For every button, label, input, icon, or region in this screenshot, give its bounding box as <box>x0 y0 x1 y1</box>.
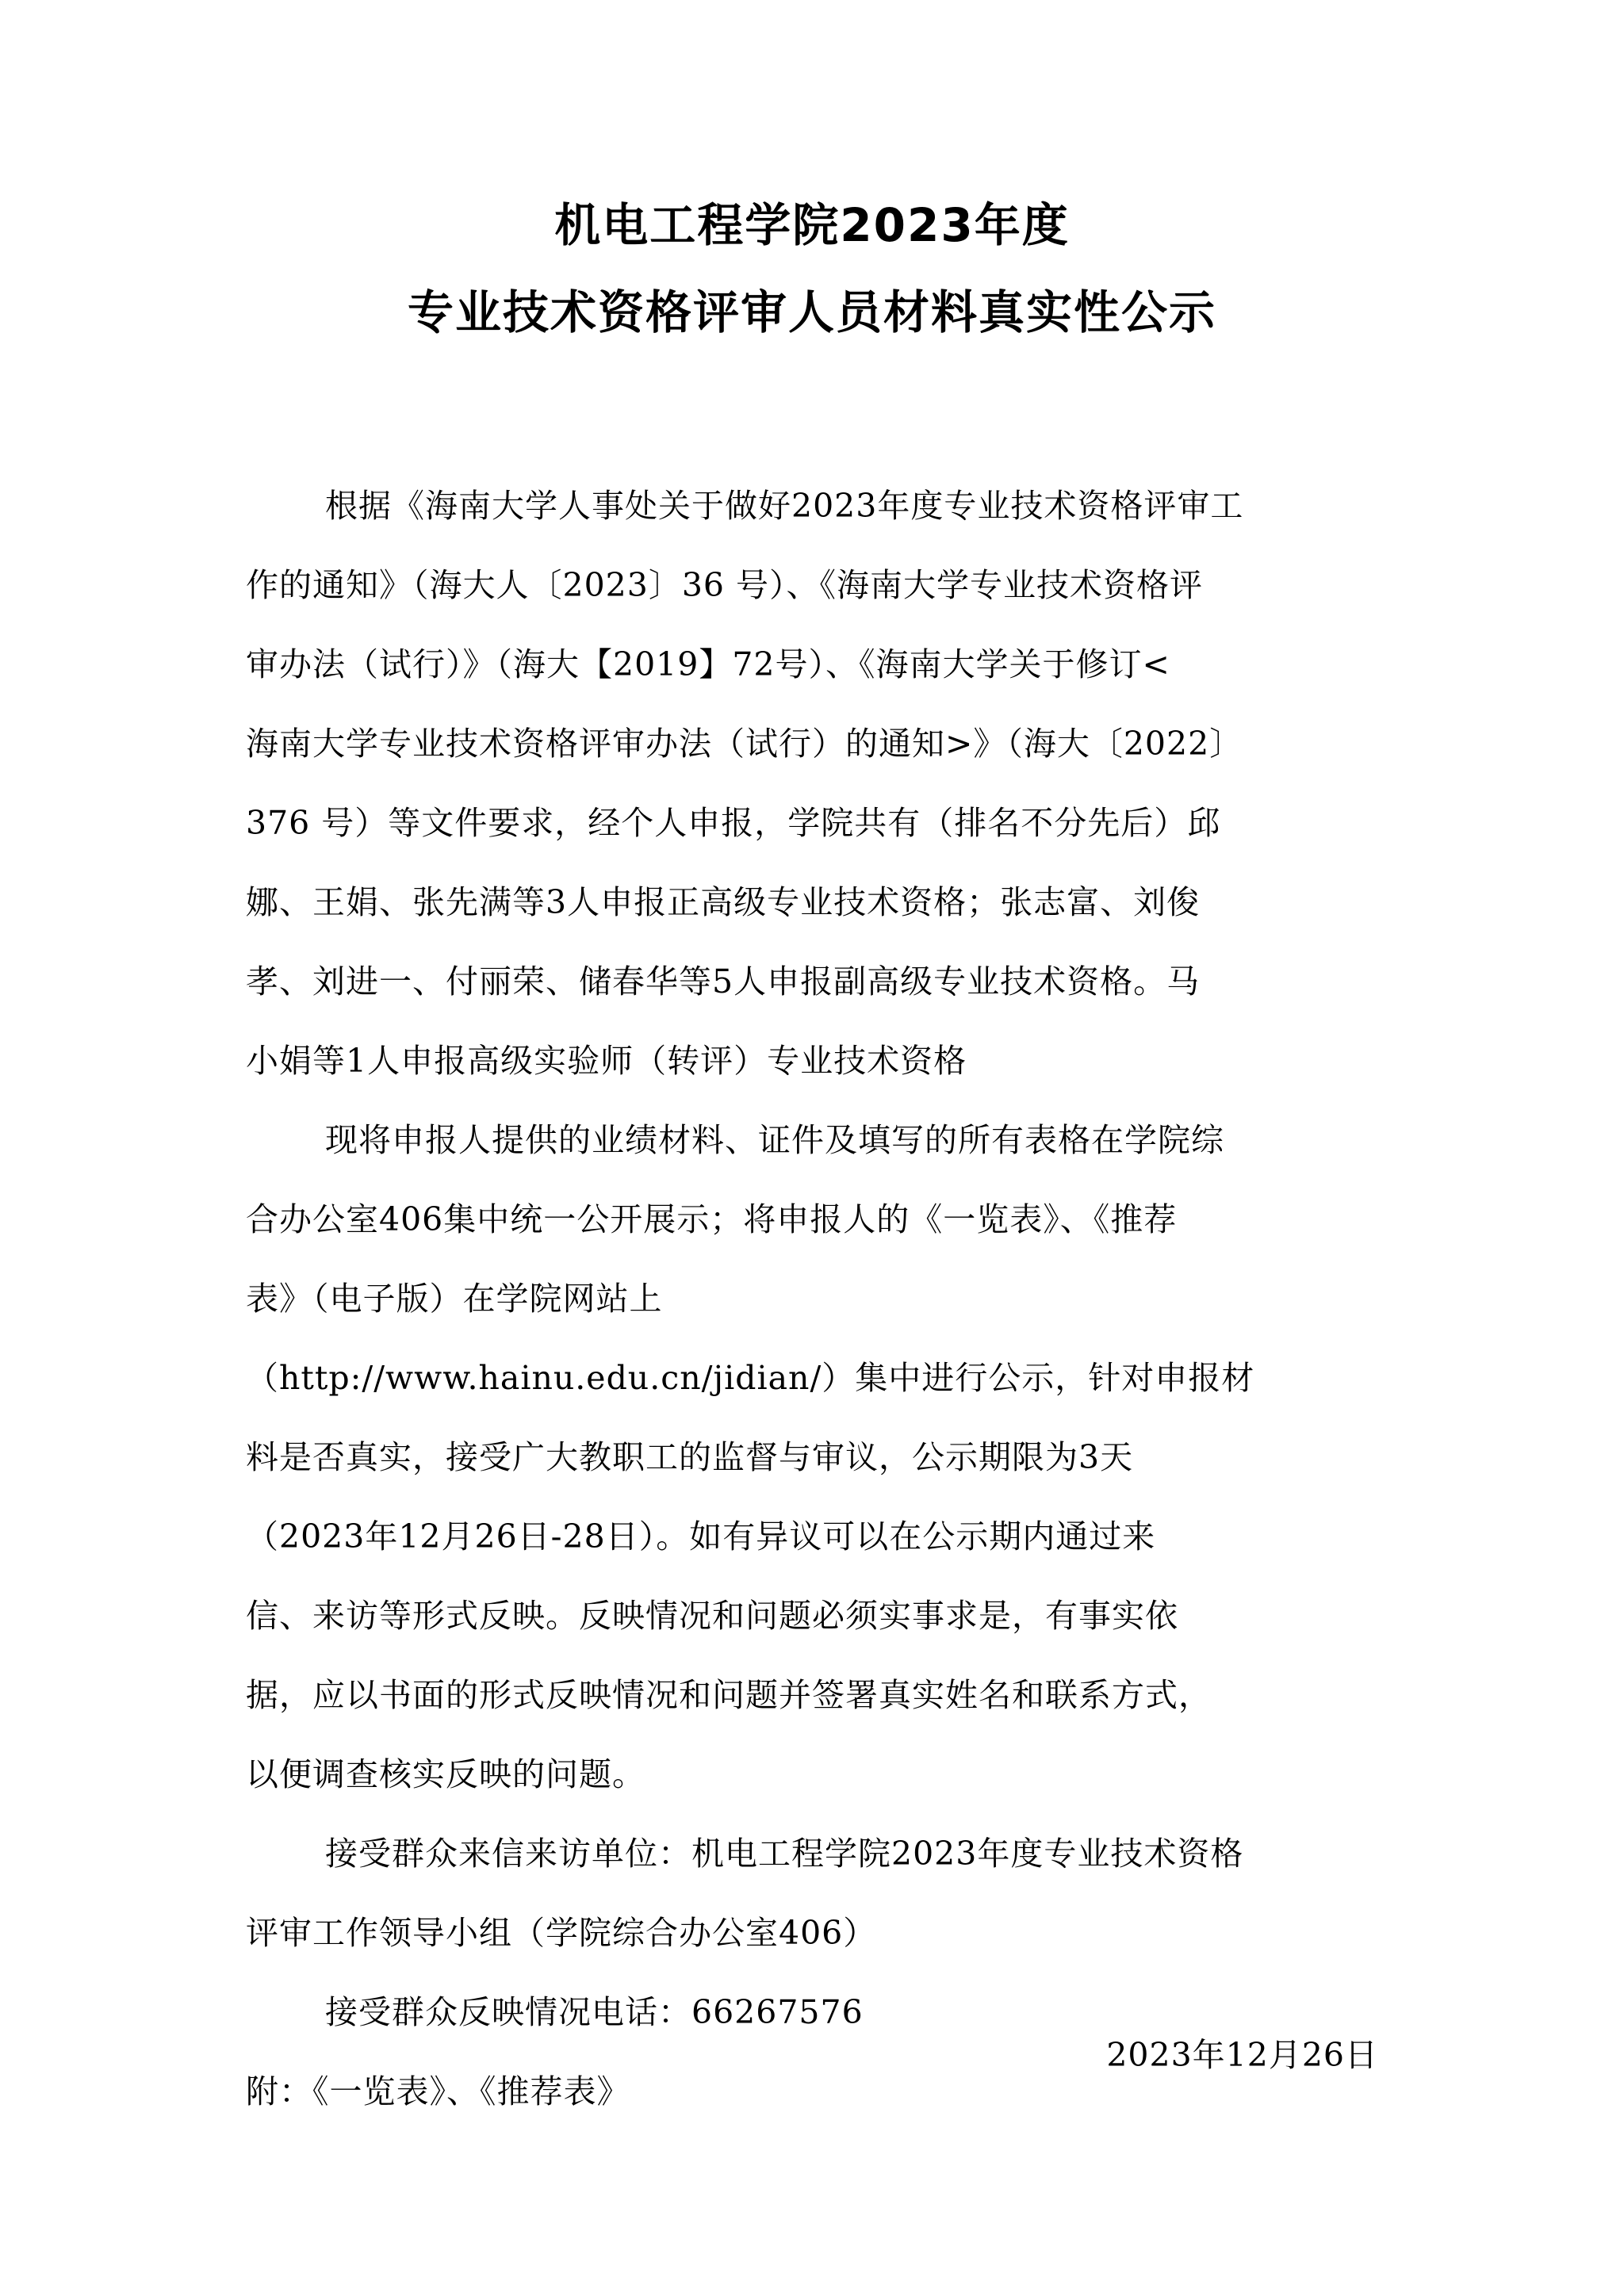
text-line: 娜、王娟、张先满等3人申报正高级专业技术资格；张志富、刘俊 <box>167 863 1380 942</box>
document-page: 机电工程学院2023年度 专业技术资格评审人员材料真实性公示 根据《海南大学人事… <box>0 0 1624 2296</box>
paragraph-basis: 根据《海南大学人事处关于做好2023年度专业技术资格评审工 作的通知》（海大人〔… <box>246 466 1380 1100</box>
text-line: 海南大学专业技术资格评审办法（试行）的通知>》（海大〔2022〕 <box>167 704 1380 783</box>
title-line-1: 机电工程学院2023年度 <box>0 202 1624 248</box>
text-line: 376 号）等文件要求，经个人申报，学院共有（排名不分先后）邱 <box>167 783 1380 863</box>
text-line: 表》（电子版）在学院网站上 <box>167 1259 1380 1338</box>
text-line: 料是否真实，接受广大教职工的监督与审议，公示期限为3天 <box>167 1418 1380 1497</box>
text-line: 信、来访等形式反映。反映情况和问题必须实事求是，有事实依 <box>167 1576 1380 1655</box>
text-line: 审办法（试行）》（海大【2019】72号）、《海南大学关于修订< <box>167 625 1380 704</box>
text-line: 合办公室406集中统一公开展示；将申报人的《一览表》、《推荐 <box>167 1180 1380 1259</box>
text-line: 以便调查核实反映的问题。 <box>167 1735 1380 1814</box>
text-line: 作的通知》（海大人〔2023〕36 号）、《海南大学专业技术资格评 <box>167 545 1380 625</box>
paragraph-display: 现将申报人提供的业绩材料、证件及填写的所有表格在学院综 合办公室406集中统一公… <box>246 1100 1380 1814</box>
title-line-2: 专业技术资格评审人员材料真实性公示 <box>0 289 1624 335</box>
text-line: 现将申报人提供的业绩材料、证件及填写的所有表格在学院综 <box>246 1100 1380 1180</box>
website-link[interactable]: （http://www.hainu.edu.cn/jidian/）集中进行公示，… <box>167 1338 1380 1418</box>
text-line: 接受群众来信来访单位：机电工程学院2023年度专业技术资格 <box>246 1814 1380 1893</box>
text-line: 孝、刘进一、付丽荣、储春华等5人申报副高级专业技术资格。马 <box>167 942 1380 1021</box>
text-line: 据，应以书面的形式反映情况和问题并签署真实姓名和联系方式， <box>167 1655 1380 1735</box>
text-line: 根据《海南大学人事处关于做好2023年度专业技术资格评审工 <box>246 466 1380 545</box>
document-title: 机电工程学院2023年度 专业技术资格评审人员材料真实性公示 <box>0 202 1624 335</box>
text-line: （2023年12月26日-28日）。如有异议可以在公示期内通过来 <box>167 1497 1380 1576</box>
text-line: 小娟等1人申报高级实验师（转评）专业技术资格 <box>167 1021 1380 1100</box>
text-line: 评审工作领导小组（学院综合办公室406） <box>167 1893 1380 1973</box>
paragraph-contact-unit: 接受群众来信来访单位：机电工程学院2023年度专业技术资格 评审工作领导小组（学… <box>246 1814 1380 1973</box>
document-body: 根据《海南大学人事处关于做好2023年度专业技术资格评审工 作的通知》（海大人〔… <box>246 466 1380 2131</box>
document-date: 2023年12月26日 <box>1106 2031 1378 2079</box>
